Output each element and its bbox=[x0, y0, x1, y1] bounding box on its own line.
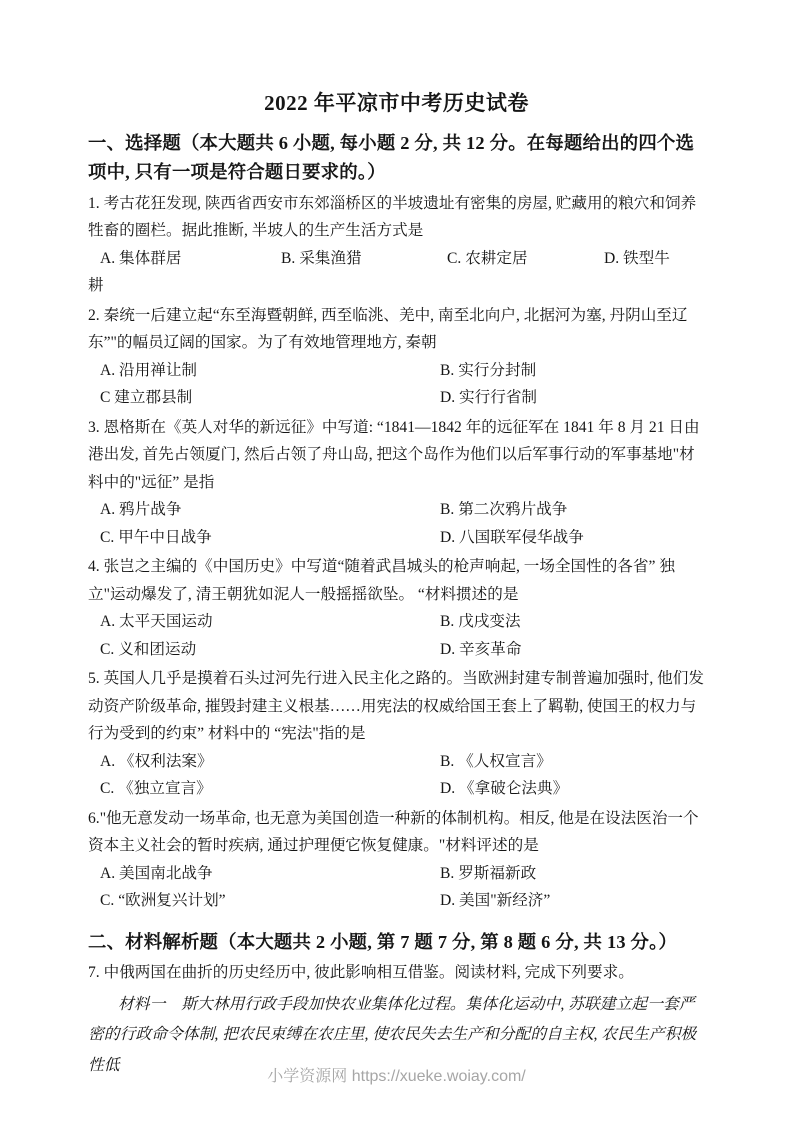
question-2-option-d: D. 实行行省制 bbox=[440, 384, 705, 412]
question-1: 1. 考古花狂发现, 陕西省西安市东郊淄桥区的半坡遗址有密集的房屋, 贮藏用的粮… bbox=[88, 190, 705, 300]
footer-watermark: 小学资源网 https://xueke.woiay.com/ bbox=[0, 1063, 793, 1086]
question-5-option-b: B. 《人权宣言》 bbox=[440, 748, 705, 776]
question-1-stem: 1. 考古花狂发现, 陕西省西安市东郊淄桥区的半坡遗址有密集的房屋, 贮藏用的粮… bbox=[88, 190, 705, 245]
question-3: 3. 恩格斯在《英人对华的新远征》中写道: “1841—1842 年的远征军在 … bbox=[88, 414, 705, 552]
section1-heading: 一、选择题（本大题共 6 小题, 每小题 2 分, 共 12 分。在每题给出的四… bbox=[88, 129, 705, 188]
exam-title: 2022 年平凉市中考历史试卷 bbox=[88, 90, 705, 116]
question-3-option-d: D. 八国联军侵华战争 bbox=[440, 524, 705, 552]
section2-heading: 二、材料解析题（本大题共 2 小题, 第 7 题 7 分, 第 8 题 6 分,… bbox=[88, 928, 705, 957]
question-2-options: A. 沿用禅让制 B. 实行分封制 C 建立郡县制 D. 实行行省制 bbox=[88, 357, 705, 412]
question-2-option-c: C 建立郡县制 bbox=[100, 384, 440, 412]
question-1-option-c: C. 农耕定居 bbox=[447, 245, 604, 273]
site-name: 小学资源网 bbox=[267, 1068, 347, 1085]
question-3-stem: 3. 恩格斯在《英人对华的新远征》中写道: “1841—1842 年的远征军在 … bbox=[88, 414, 705, 497]
question-1-options: A. 集体群居B. 采集渔猎C. 农耕定居D. 铁型牛耕 bbox=[88, 245, 676, 300]
question-4-option-a: A. 太平天国运动 bbox=[100, 608, 440, 636]
question-5-option-d: D. 《拿破仑法典》 bbox=[440, 775, 705, 803]
question-4-option-b: B. 戊戌变法 bbox=[440, 608, 705, 636]
question-6-option-d: D. 美国"新经济” bbox=[440, 887, 705, 915]
question-5-options: A. 《权利法案》 B. 《人权宣言》 C. 《独立宣言》 D. 《拿破仑法典》 bbox=[88, 748, 705, 803]
question-4-stem: 4. 张岂之主编的《中国历史》中写道“随着武昌城头的枪声响起, 一场全国性的各省… bbox=[88, 553, 705, 608]
question-3-options: A. 鸦片战争 B. 第二次鸦片战争 C. 甲午中日战争 D. 八国联军侵华战争 bbox=[88, 496, 705, 551]
question-3-option-a: A. 鸦片战争 bbox=[100, 496, 440, 524]
question-2-option-a: A. 沿用禅让制 bbox=[100, 357, 440, 385]
question-4-option-d: D. 辛亥革命 bbox=[440, 636, 705, 664]
question-5: 5. 英国人几乎是摸着石头过河先行进入民主化之路的。当欧洲封建专制普遍加强时, … bbox=[88, 665, 705, 803]
question-3-option-b: B. 第二次鸦片战争 bbox=[440, 496, 705, 524]
question-2-stem: 2. 秦统一后建立起“东至海暨朝鲜, 西至临洮、羌中, 南至北向户, 北据河为塞… bbox=[88, 302, 705, 357]
question-6-option-a: A. 美国南北战争 bbox=[100, 860, 440, 888]
question-6-option-b: B. 罗斯福新政 bbox=[440, 860, 705, 888]
question-5-option-c: C. 《独立宣言》 bbox=[100, 775, 440, 803]
question-4-option-c: C. 义和团运动 bbox=[100, 636, 440, 664]
question-6-option-c: C. “欧洲复兴计划” bbox=[100, 887, 440, 915]
question-6-stem: 6."他无意发动一场革命, 也无意为美国创造一种新的体制机构。相反, 他是在设法… bbox=[88, 805, 705, 860]
exam-page: 2022 年平凉市中考历史试卷 一、选择题（本大题共 6 小题, 每小题 2 分… bbox=[88, 90, 705, 1081]
question-3-option-c: C. 甲午中日战争 bbox=[100, 524, 440, 552]
site-url-link[interactable]: https://xueke.woiay.com/ bbox=[352, 1068, 526, 1085]
question-6: 6."他无意发动一场革命, 也无意为美国创造一种新的体制机构。相反, 他是在设法… bbox=[88, 805, 705, 915]
question-1-option-a: A. 集体群居 bbox=[88, 245, 281, 273]
question-7-stem: 7. 中俄两国在曲折的历史经历中, 彼此影响相互借鉴。阅读材料, 完成下列要求。 bbox=[88, 959, 705, 987]
question-4-options: A. 太平天国运动 B. 戊戌变法 C. 义和团运动 D. 辛亥革命 bbox=[88, 608, 705, 663]
question-5-option-a: A. 《权利法案》 bbox=[100, 748, 440, 776]
question-4: 4. 张岂之主编的《中国历史》中写道“随着武昌城头的枪声响起, 一场全国性的各省… bbox=[88, 553, 705, 663]
question-2: 2. 秦统一后建立起“东至海暨朝鲜, 西至临洮、羌中, 南至北向户, 北据河为塞… bbox=[88, 302, 705, 412]
question-5-stem: 5. 英国人几乎是摸着石头过河先行进入民主化之路的。当欧洲封建专制普遍加强时, … bbox=[88, 665, 705, 748]
question-1-option-b: B. 采集渔猎 bbox=[281, 245, 447, 273]
question-6-options: A. 美国南北战争 B. 罗斯福新政 C. “欧洲复兴计划” D. 美国"新经济… bbox=[88, 860, 705, 915]
question-2-option-b: B. 实行分封制 bbox=[440, 357, 705, 385]
